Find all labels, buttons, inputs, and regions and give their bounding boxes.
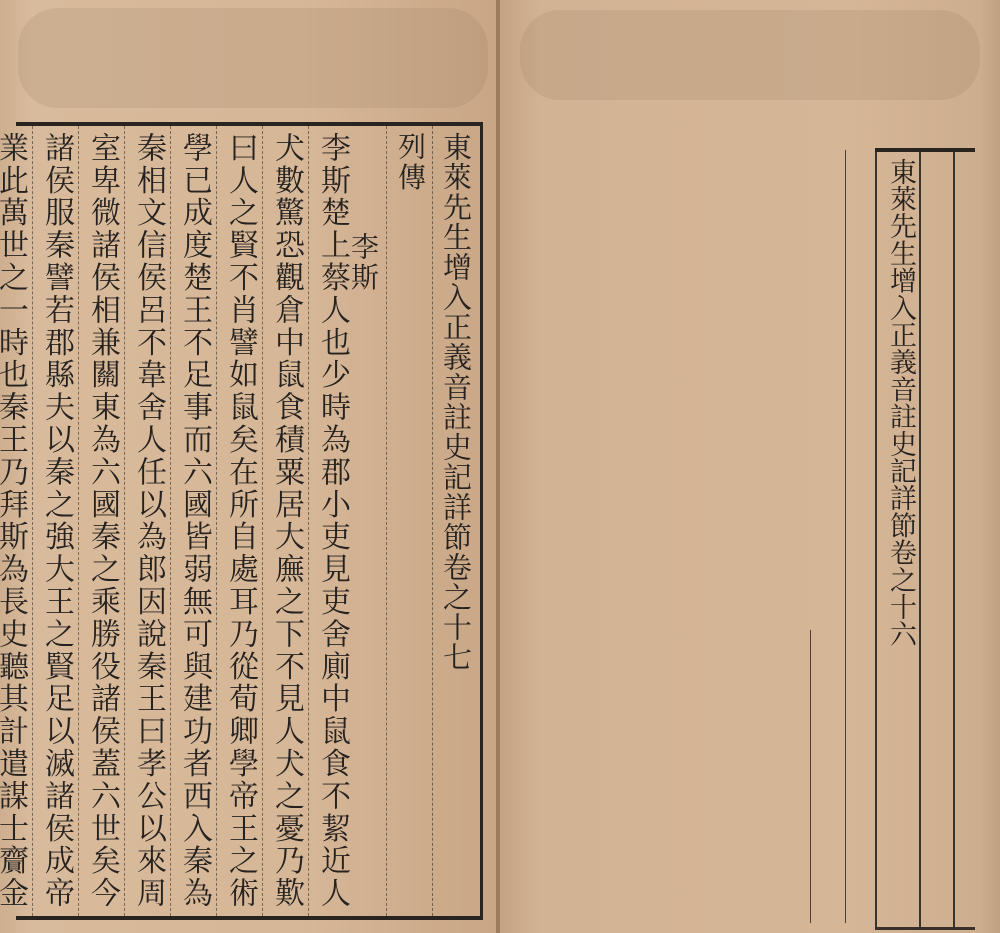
text-column: 室卑微諸侯相兼關東為六國秦之乘勝役諸侯蓋六世矣今 xyxy=(78,126,125,916)
book-spread: 東萊先生增入正義音註史記詳節卷之十七 列傳 李斯 李斯楚上蔡人也少時為郡小吏見吏… xyxy=(0,0,1000,933)
text-column: 諸侯服秦譬若郡縣夫以秦之強大王之賢足以滅諸侯成帝 xyxy=(32,126,79,916)
volume-title: 東萊先生增入正義音註史記詳節卷之十七 xyxy=(432,126,479,916)
text-column: 學已成度楚王不足事而六國皆弱無可與建功者西入秦為 xyxy=(170,126,217,916)
right-page-rules xyxy=(805,150,875,923)
water-stain xyxy=(18,8,488,108)
left-text-frame: 東萊先生增入正義音註史記詳節卷之十七 列傳 李斯 李斯楚上蔡人也少時為郡小吏見吏… xyxy=(16,122,483,920)
left-page: 東萊先生增入正義音註史記詳節卷之十七 列傳 李斯 李斯楚上蔡人也少時為郡小吏見吏… xyxy=(0,0,497,933)
text-column: 犬數驚恐觀倉中鼠食積粟居大廡之下不見人犬之憂乃歎 xyxy=(262,126,309,916)
section-heading: 列傳 xyxy=(386,126,433,916)
text-column: 秦相文信侯呂不韋舍人任以為郎因說秦王曰孝公以來周 xyxy=(124,126,171,916)
right-text-frame: 東萊先生增入正義音註史記詳節卷之十六 xyxy=(875,148,975,930)
water-stain xyxy=(520,10,980,100)
text-column: 曰人之賢不肖譬如鼠矣在所自處耳乃從荀卿學帝王之術 xyxy=(216,126,263,916)
volume-end-title: 東萊先生增入正義音註史記詳節卷之十六 xyxy=(875,152,921,927)
text-column: 李斯楚上蔡人也少時為郡小吏見吏舍廁中鼠食不絜近人 xyxy=(308,126,355,916)
subject-name: 李斯 xyxy=(354,126,386,916)
text-column: 業此萬世之一時也秦王乃拜斯為長史聽其計遣謀士齎金 xyxy=(0,126,33,916)
